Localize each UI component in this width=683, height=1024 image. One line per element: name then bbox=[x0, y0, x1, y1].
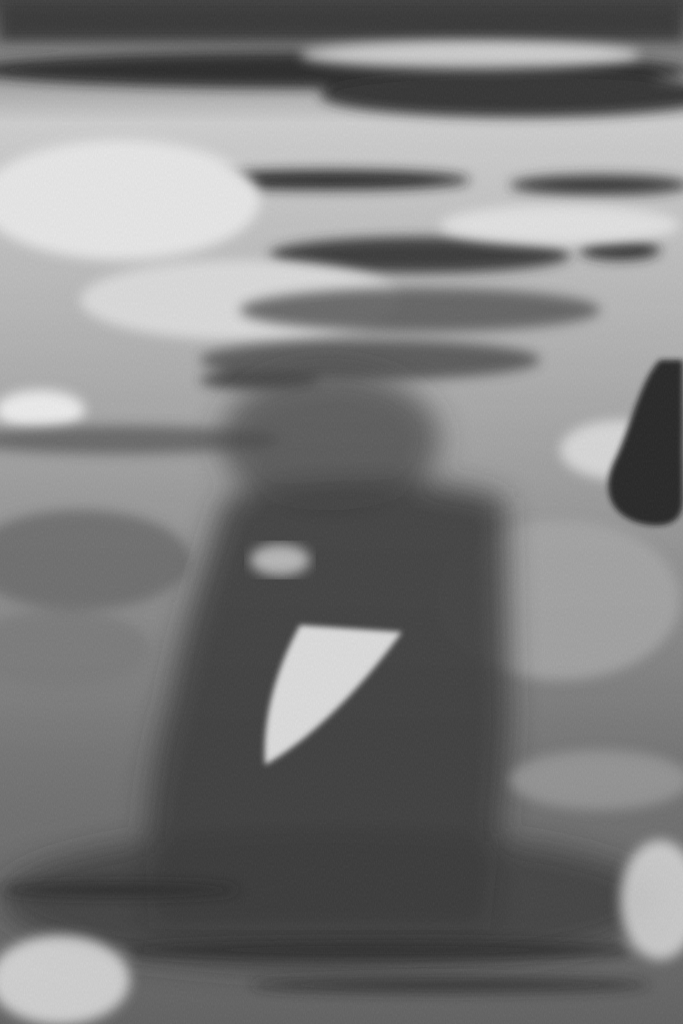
photo-canvas bbox=[0, 0, 683, 1024]
photograph bbox=[0, 0, 683, 1024]
grain-overlay bbox=[0, 0, 683, 1024]
